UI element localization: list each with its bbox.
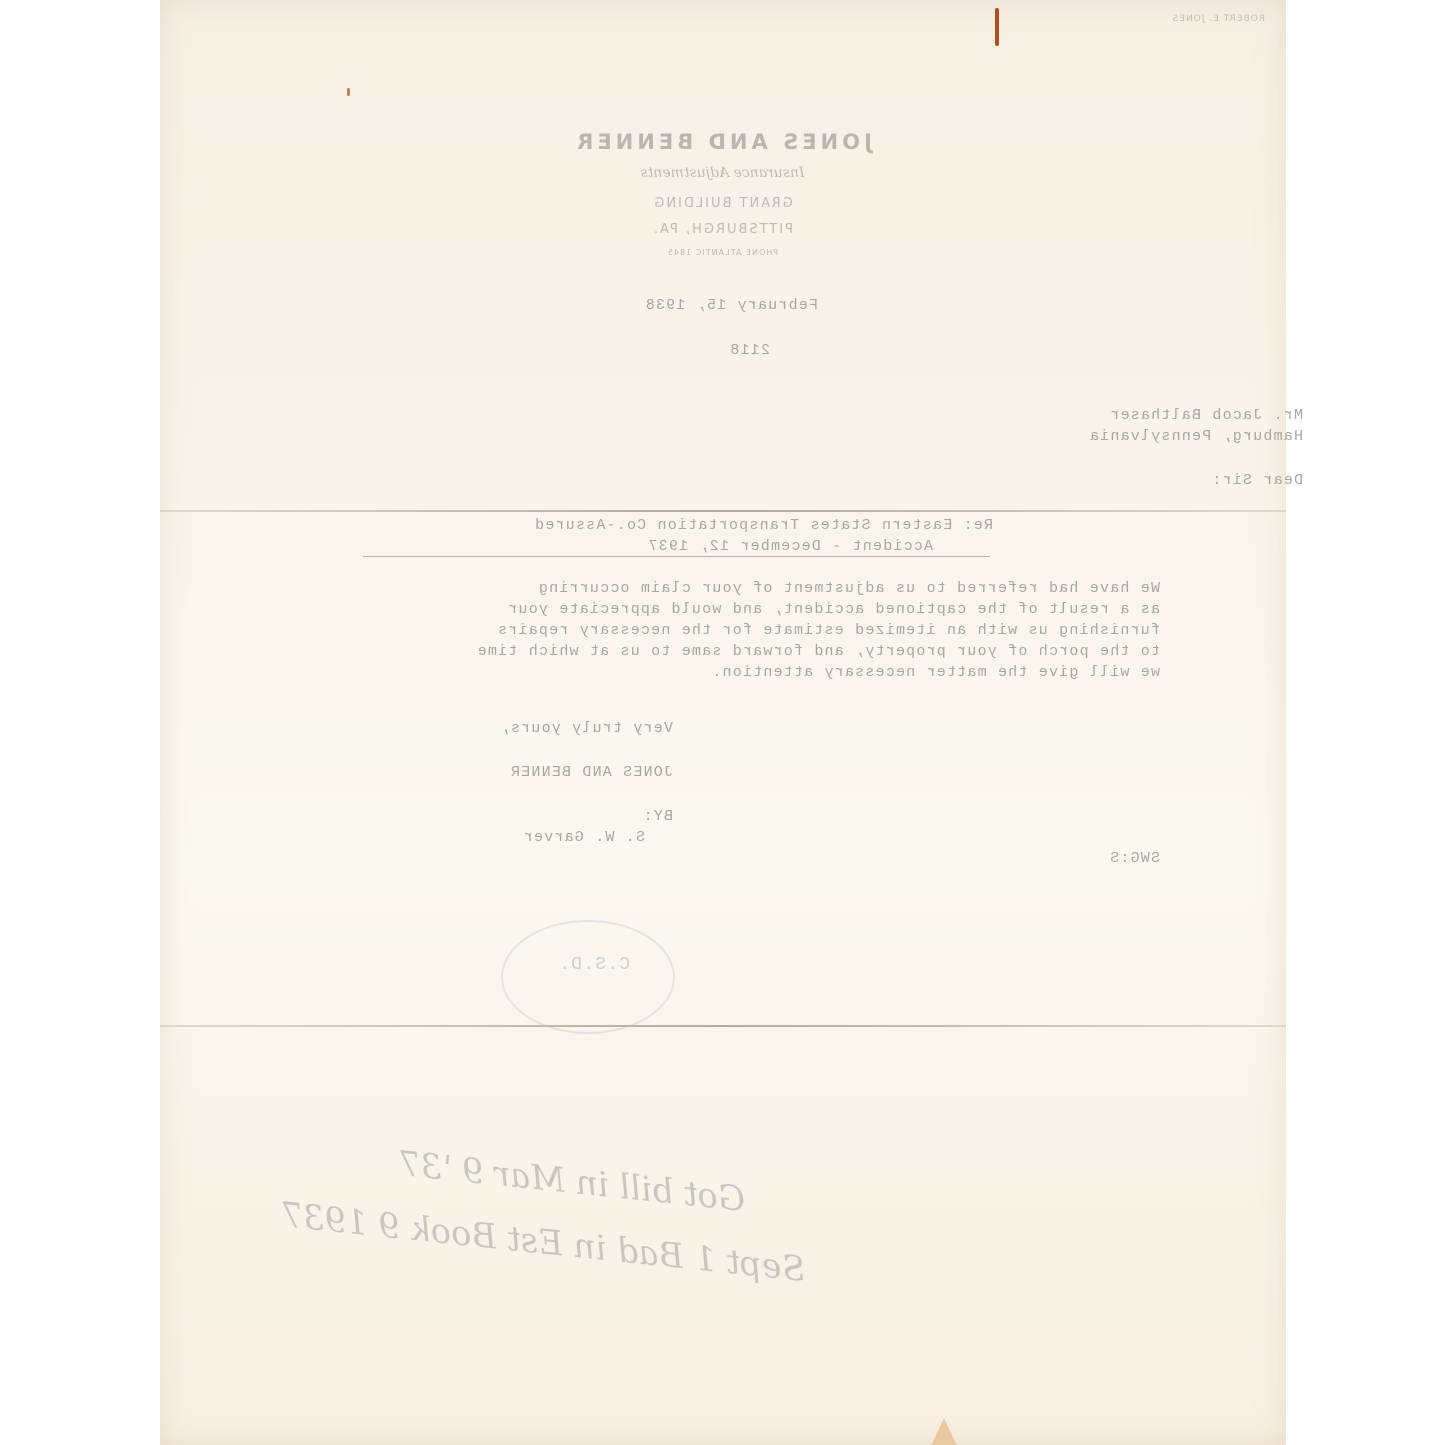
body-line: we will give the matter necessary attent…: [711, 662, 1160, 683]
typist-initials: SWG:S: [1109, 848, 1160, 869]
recipient-address: Hamburg, Pennsylvania: [1089, 426, 1303, 447]
stamp-text: C.S.D.: [558, 955, 630, 976]
reference-underline: [363, 556, 990, 557]
signature-firm: JONES AND BENNER: [510, 762, 673, 783]
letterhead-firm: JONES AND BENNER: [0, 130, 1445, 154]
letterhead-building: GRANT BUILDING: [0, 196, 1445, 211]
body-line: furnishing us with an itemized estimate …: [497, 620, 1160, 641]
letterhead-city: PITTSBURGH, PA.: [0, 222, 1445, 237]
letterhead-tagline: Insurance Adjustments: [0, 165, 1445, 181]
by-label: BY:: [642, 806, 673, 827]
body-line: to the porch of your property, and forwa…: [477, 641, 1161, 662]
handwritten-note-1: Got bill in Mar 9 '37: [397, 1144, 747, 1220]
salutation: Dear Sir:: [1211, 470, 1303, 491]
mirrored-letter: ROBERT E. JONES JONES AND BENNER Insuran…: [0, 0, 1445, 1445]
body-line: as a result of the captioned accident, a…: [507, 599, 1160, 620]
signer-name: S. W. Garver: [523, 827, 645, 848]
reference-line-1: Re: Eastern States Transportation Co.-As…: [534, 515, 993, 536]
faded-stamp: [501, 920, 675, 1034]
closing: Very truly yours,: [500, 718, 673, 739]
reference-line-2: Accident - December 12, 1937: [647, 536, 933, 557]
letter-date: February 15, 1938: [645, 295, 818, 316]
letterhead-phone: PHONE ATLANTIC 1845: [0, 248, 1445, 257]
file-number: 2118: [729, 340, 770, 361]
recipient-name: Mr. Jacob Balthaser: [1109, 405, 1303, 426]
top-name-imprint: ROBERT E. JONES: [1172, 14, 1265, 24]
body-line: We have had referred to us adjustment of…: [538, 578, 1160, 599]
